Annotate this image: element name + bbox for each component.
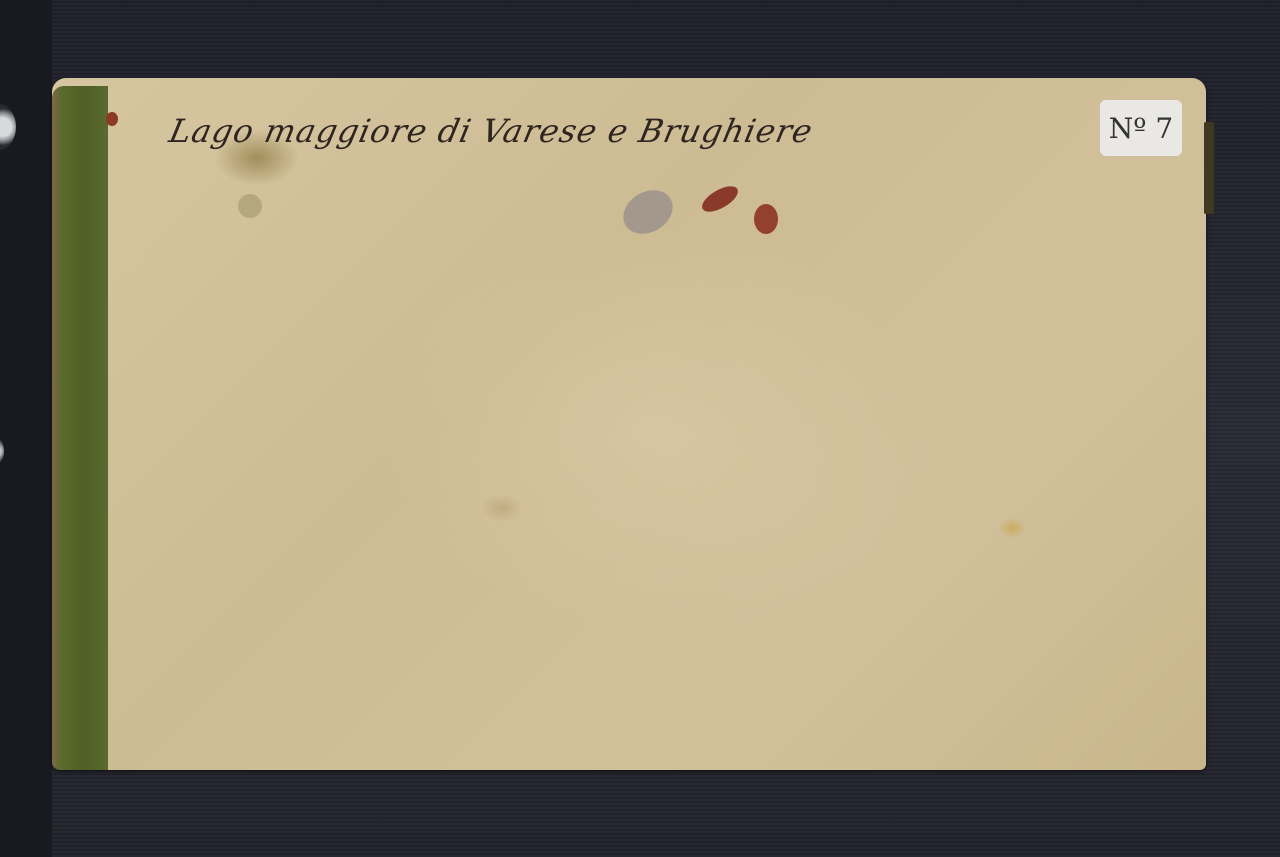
number-label-text: Nº 7 [1109,112,1173,145]
cover-clasp [1204,122,1214,214]
handwritten-title: Lago maggiore di Varese e Brughiere [166,112,817,150]
red-mark [106,112,118,126]
number-label: Nº 7 [1100,100,1182,156]
notebook-cover [52,78,1206,770]
water-stain [238,194,262,218]
notebook-spine [52,86,108,770]
red-stain [754,204,778,234]
